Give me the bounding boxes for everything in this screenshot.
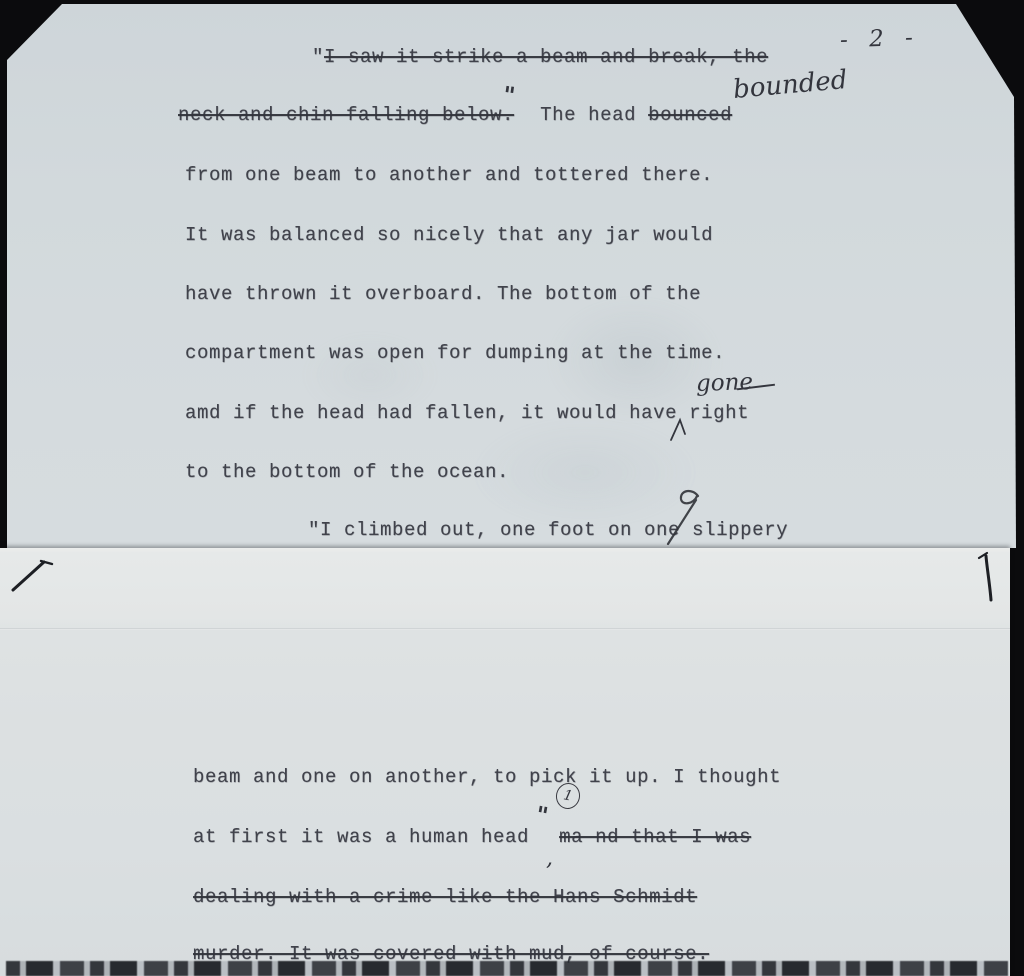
typed-line: have thrown it overboard. The bottom of … xyxy=(185,283,701,305)
typed-segment: " xyxy=(312,46,324,68)
typed-line: "I climbed out, one foot on one slippery xyxy=(308,519,788,541)
staple-mark-right xyxy=(976,548,1002,606)
typed-line: at first it was a human headma nd that I… xyxy=(193,826,751,848)
typed-line: compartment was open for dumping at the … xyxy=(185,342,725,364)
handwritten-flourish-mark xyxy=(656,486,704,548)
typed-segment: It was balanced so nicely that any jar w… xyxy=(185,224,713,246)
typed-segment: beam and one on another, to pick it up. … xyxy=(193,766,781,788)
manuscript-photo: - 2 - "I saw it strike a beam and break,… xyxy=(0,0,1024,976)
typed-segment-struck: dealing with a crime like the Hans Schmi… xyxy=(193,886,697,908)
typed-segment-struck: bounced xyxy=(648,104,732,126)
typed-line: dealing with a crime like the Hans Schmi… xyxy=(193,886,697,908)
typed-segment-struck: I saw it strike a beam and break, the xyxy=(324,46,768,68)
typed-line: "I saw it strike a beam and break, the xyxy=(312,46,768,68)
typed-segment: amd if the head had fallen, it would hav… xyxy=(185,402,749,424)
handwritten-insertion-gone: gone xyxy=(696,369,754,397)
typed-segment: to the bottom of the ocean. xyxy=(185,461,509,483)
paper-fold-line xyxy=(0,628,1010,630)
typed-line: neck and chin falling below.The head bou… xyxy=(178,104,732,126)
typed-line: from one beam to another and tottered th… xyxy=(185,164,713,186)
typed-line: to the bottom of the ocean. xyxy=(185,461,509,483)
cutoff-text-smudge xyxy=(6,961,1008,976)
insertion-caret-mark xyxy=(668,416,692,442)
typed-segment: "I climbed out, one foot on one slippery xyxy=(308,519,788,541)
typed-line: amd if the head had fallen, it would hav… xyxy=(185,402,749,424)
page-number-handwritten: - 2 - xyxy=(840,25,921,54)
typed-line: beam and one on another, to pick it up. … xyxy=(193,766,781,788)
typed-segment-struck: neck and chin falling below. xyxy=(178,104,514,126)
typed-segment: The head xyxy=(540,104,648,126)
typed-segment-struck: ma nd that I was xyxy=(559,826,751,848)
circled-number-text: 1 xyxy=(562,787,574,805)
handwritten-comma-mark: , xyxy=(546,846,553,871)
typed-segment: have thrown it overboard. The bottom of … xyxy=(185,283,701,305)
typed-segment: at first it was a human head xyxy=(193,826,529,848)
typed-segment: compartment was open for dumping at the … xyxy=(185,342,725,364)
typed-line: It was balanced so nicely that any jar w… xyxy=(185,224,713,246)
typed-segment: from one beam to another and tottered th… xyxy=(185,164,713,186)
staple-mark-left xyxy=(8,552,56,596)
manuscript-page-bottom xyxy=(0,548,1010,976)
